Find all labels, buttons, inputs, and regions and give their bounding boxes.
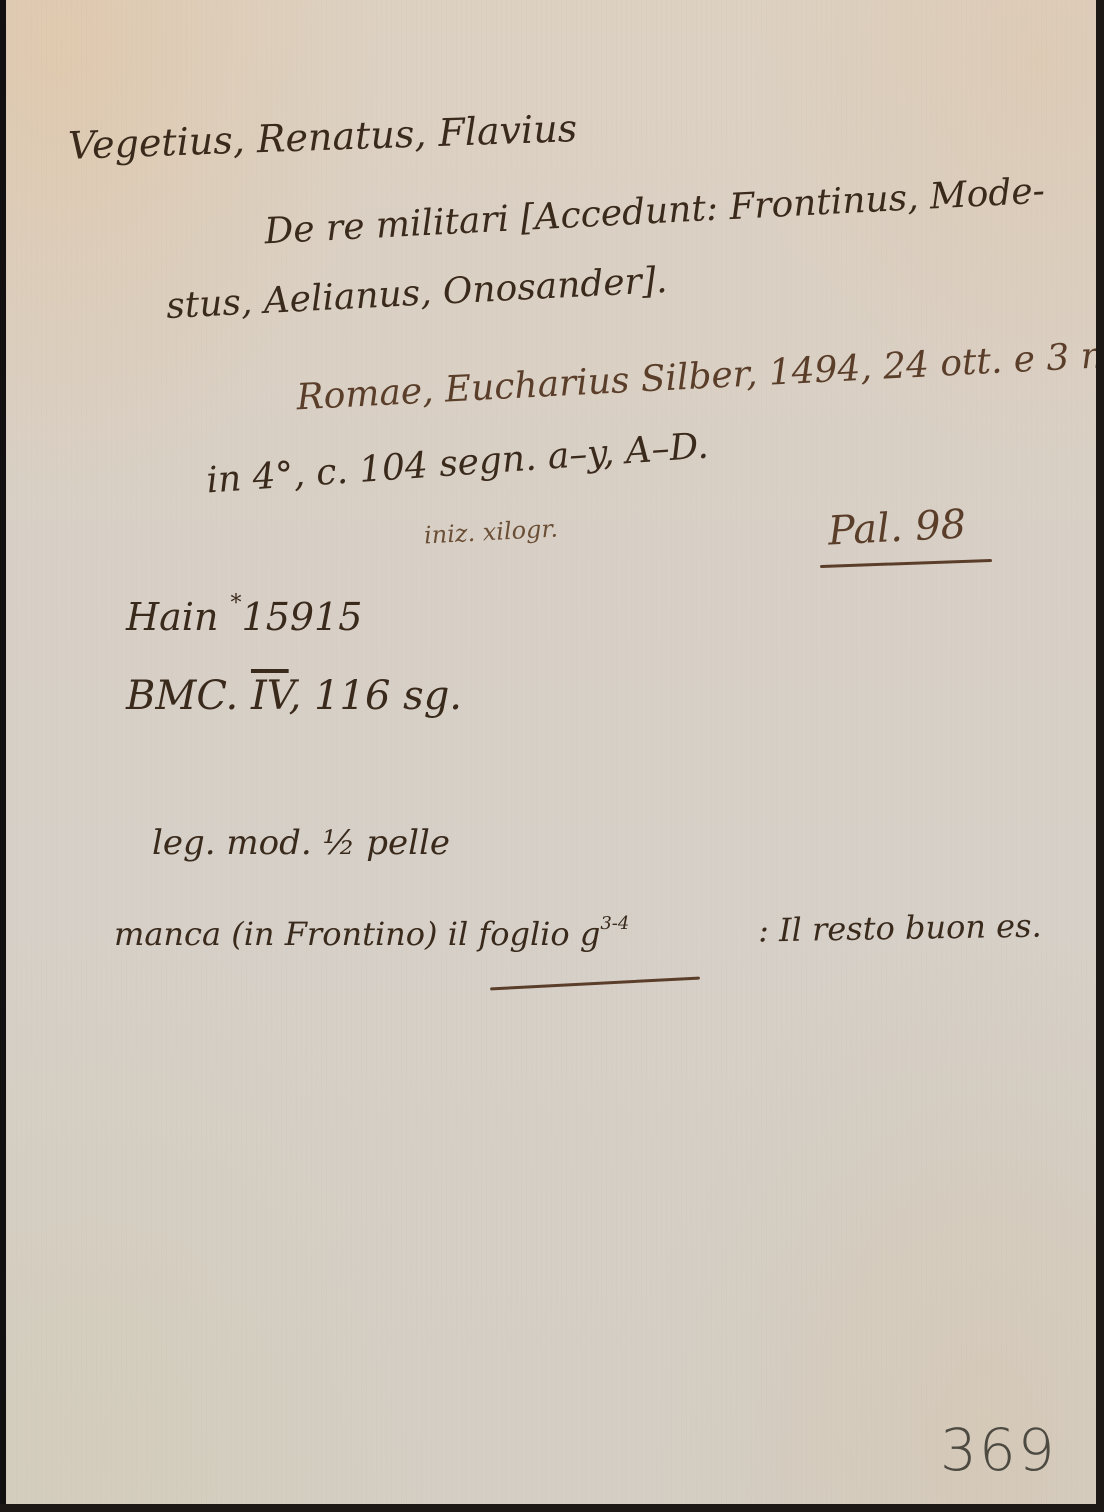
- condition-note: : Il resto buon es.: [758, 910, 1042, 947]
- missing-leaves-note: manca (in Frontino) il foglio g3-4: [114, 918, 629, 950]
- bmc-volume: IV: [251, 673, 289, 719]
- author-heading: Vegetius, Renatus, Flavius: [67, 109, 577, 165]
- bmc-page: , 116 sg.: [289, 673, 462, 719]
- hain-reference: Hain *15915: [126, 598, 362, 636]
- collation-note: iniz. xilogr.: [423, 517, 558, 548]
- shelfmark: Pal. 98: [827, 504, 967, 551]
- collation-line: in 4°, c. 104 segn. a–y, A–D.: [205, 429, 709, 500]
- bmc-label: BMC.: [126, 673, 238, 719]
- hain-number: 15915: [242, 595, 363, 639]
- bmc-reference: BMC. IV, 116 sg.: [126, 676, 462, 716]
- shelfmark-underline: [820, 559, 992, 568]
- missing-leaves: 3-4: [600, 913, 629, 934]
- catalog-card: Vegetius, Renatus, Flavius De re militar…: [6, 0, 1099, 1504]
- foglio-underline: [490, 977, 700, 991]
- title-continuation: stus, Aelianus, Onosander].: [165, 263, 668, 325]
- scan-edge-right: [1096, 0, 1104, 1512]
- hain-label: Hain: [126, 595, 218, 639]
- scan-edge-bottom: [0, 1504, 1104, 1512]
- binding-note: leg. mod. ½ pelle: [152, 826, 450, 860]
- hain-asterisk: *: [231, 591, 242, 616]
- title-line: De re militari [Accedunt: Frontinus, Mod…: [264, 174, 1046, 251]
- missing-text: manca (in Frontino) il foglio: [114, 915, 570, 953]
- imprint-line: Romae, Eucharius Silber, 1494, 24 ott. e…: [296, 336, 1104, 417]
- missing-signature: g: [580, 915, 600, 953]
- page-number: 369: [940, 1416, 1057, 1484]
